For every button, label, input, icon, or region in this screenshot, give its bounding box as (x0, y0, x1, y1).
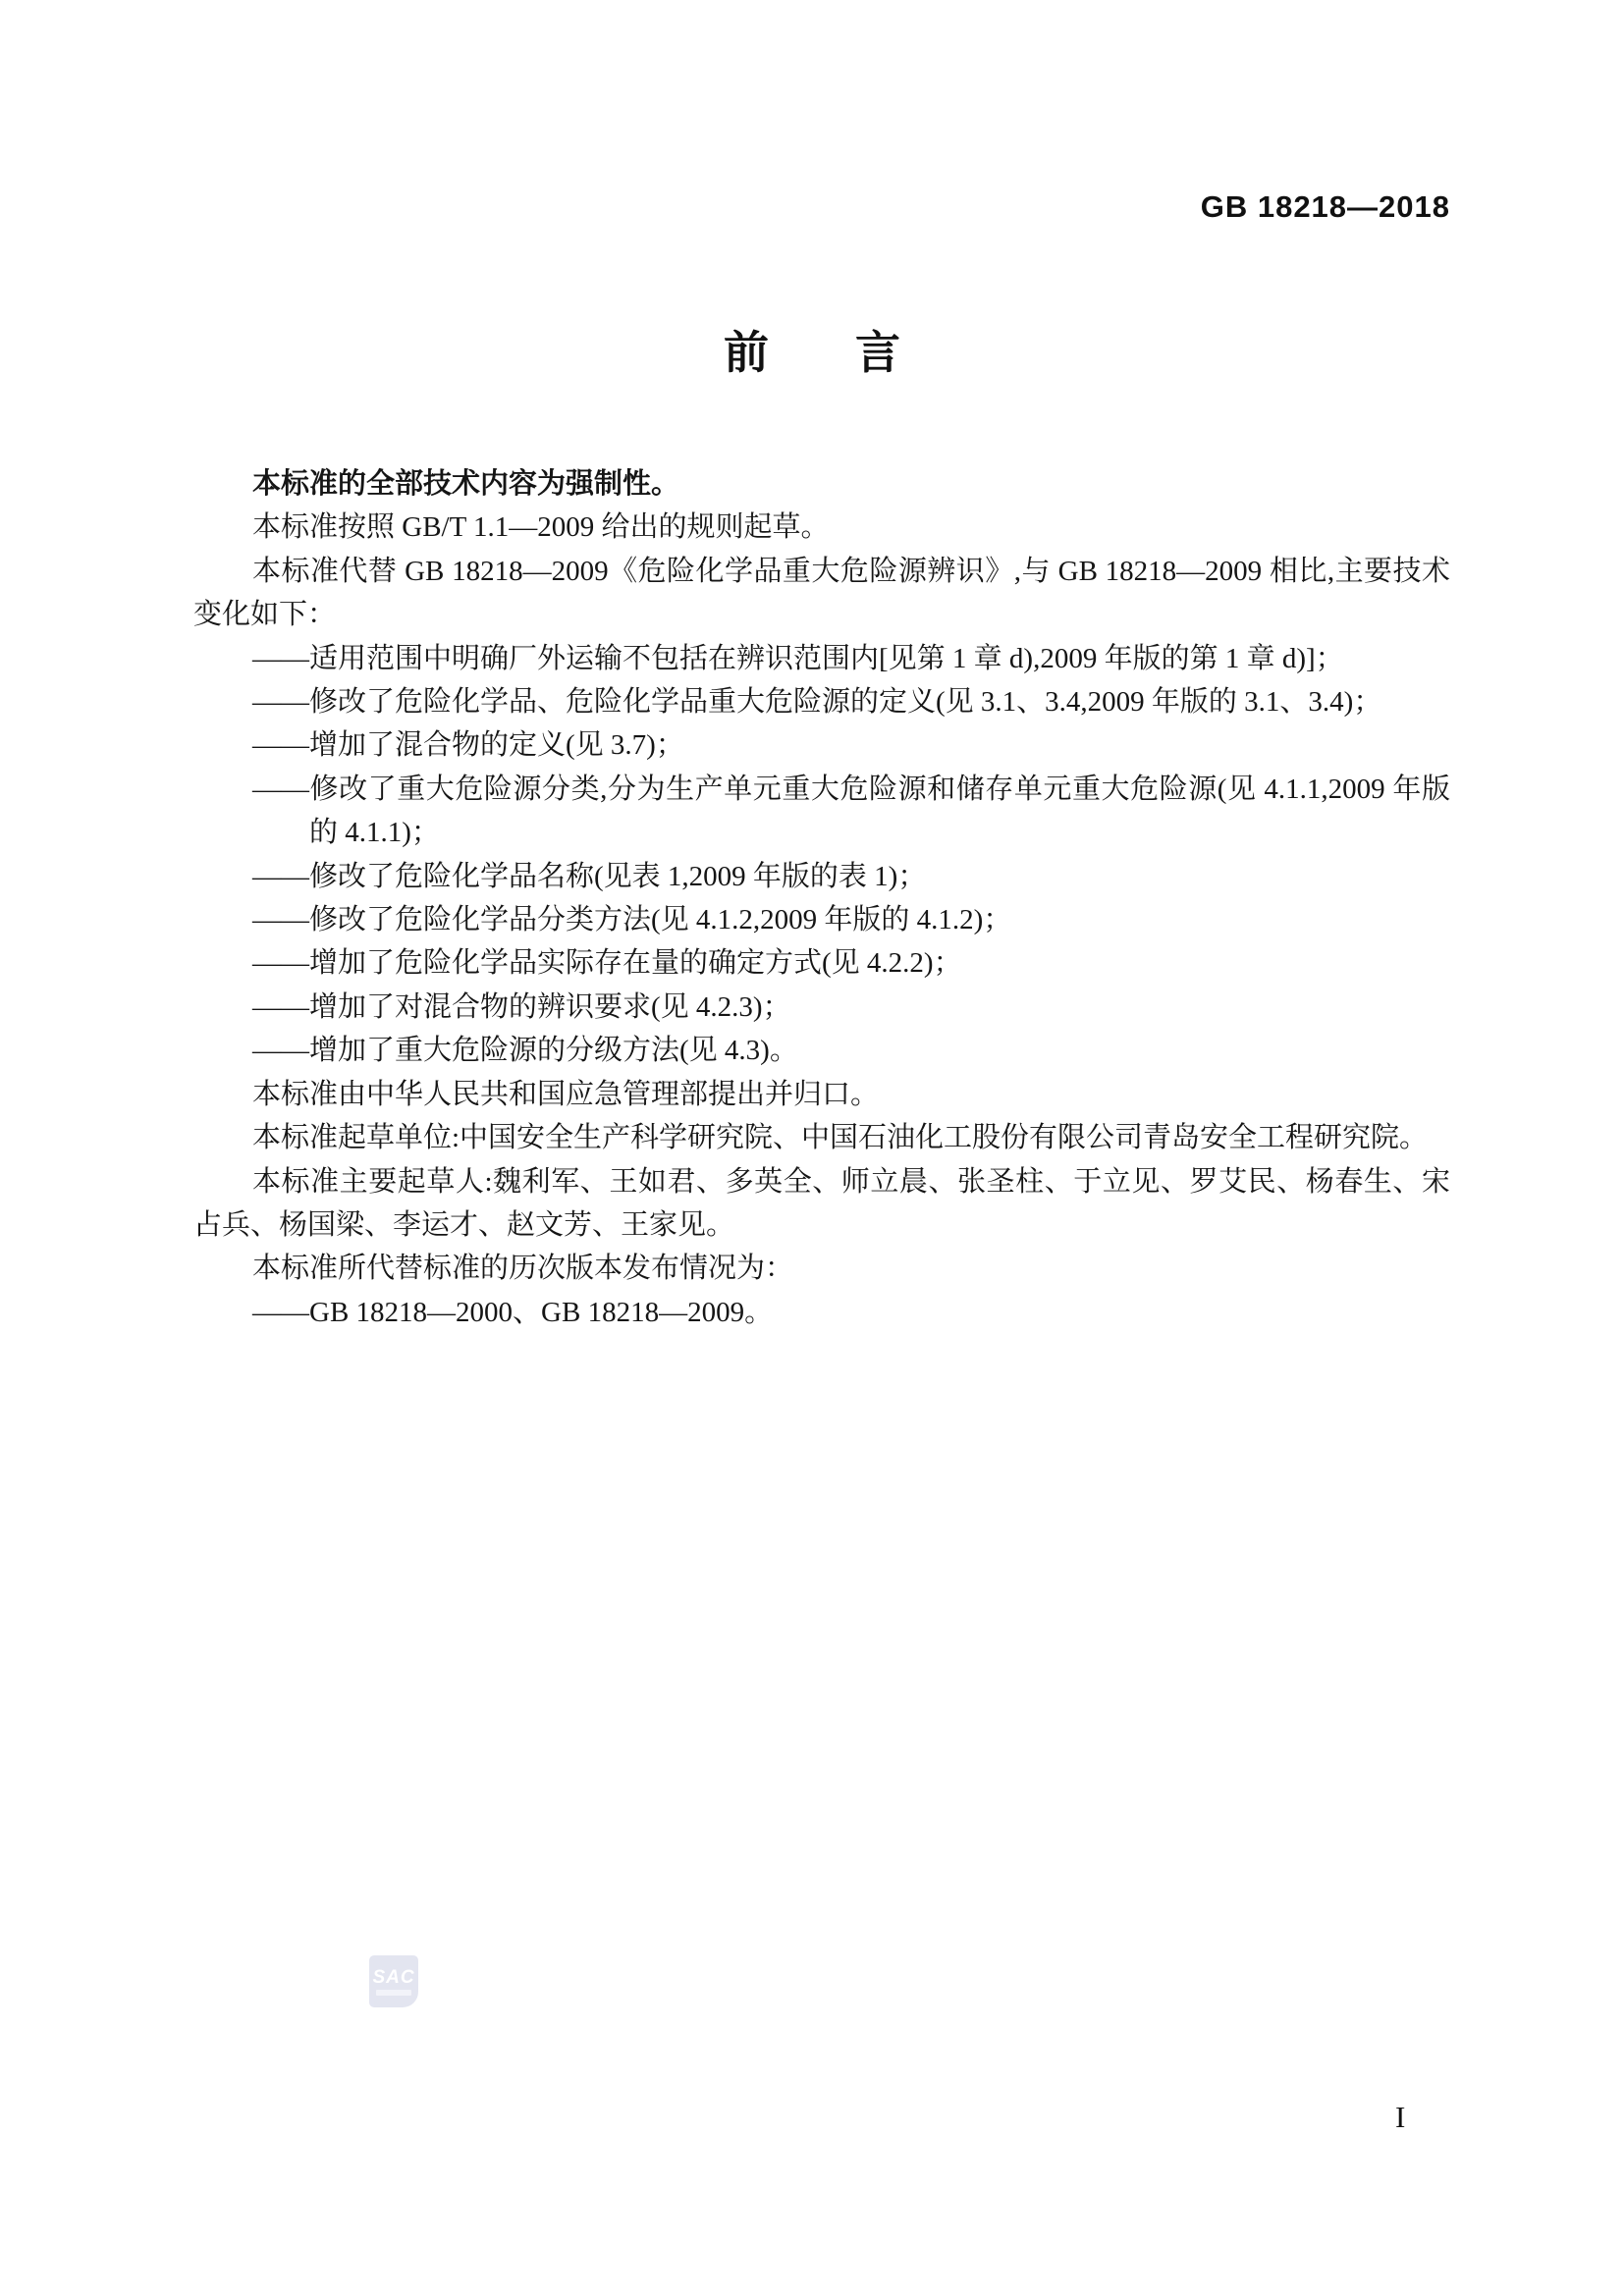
dash-prefix: —— (252, 686, 309, 718)
history-list: ——GB 18218—2000、GB 18218—2009。 (193, 1291, 1450, 1334)
change-item-text: 修改了重大危险源分类,分为生产单元重大危险源和储存单元重大危险源(见 4.1.1… (309, 774, 1450, 848)
paragraph-previous-editions-intro: 本标准所代替标准的历次版本发布情况为： (193, 1247, 1450, 1290)
change-item-text: 增加了重大危险源的分级方法(见 4.3)。 (309, 1035, 798, 1066)
paragraph-drafting-rule: 本标准按照 GB/T 1.1—2009 给出的规则起草。 (193, 506, 1450, 549)
history-item-text: GB 18218—2000、GB 18218—2009。 (309, 1297, 773, 1328)
change-item: ——修改了危险化学品名称(见表 1,2009 年版的表 1)； (193, 855, 1450, 898)
sac-logo-text: SAC (372, 1968, 414, 1987)
dash-prefix: —— (252, 861, 309, 892)
change-item-text: 增加了危险化学品实际存在量的确定方式(见 4.2.2)； (309, 947, 962, 979)
change-list: ——适用范围中明确厂外运输不包括在辨识范围内[见第 1 章 d),2009 年版… (193, 637, 1450, 1073)
sac-logo-underline (376, 1990, 411, 1996)
history-item: ——GB 18218—2000、GB 18218—2009。 (193, 1291, 1450, 1334)
sac-watermark-logo: SAC (369, 1955, 418, 2007)
standard-number-header: GB 18218—2018 (1201, 189, 1450, 225)
title-char-left: 前 (724, 328, 769, 378)
change-item: ——修改了重大危险源分类,分为生产单元重大危险源和储存单元重大危险源(见 4.1… (193, 768, 1450, 855)
change-item: ——修改了危险化学品分类方法(见 4.1.2,2009 年版的 4.1.2)； (193, 898, 1450, 941)
change-item: ——增加了重大危险源的分级方法(见 4.3)。 (193, 1029, 1450, 1072)
title-char-right: 言 (855, 328, 900, 378)
dash-prefix: —— (252, 643, 309, 674)
change-item-text: 修改了危险化学品、危险化学品重大危险源的定义(见 3.1、3.4,2009 年版… (309, 686, 1381, 718)
dash-prefix: —— (252, 904, 309, 935)
change-item-text: 适用范围中明确厂外运输不包括在辨识范围内[见第 1 章 d),2009 年版的第… (309, 643, 1344, 674)
dash-prefix: —— (252, 947, 309, 979)
paragraph-replacement-intro: 本标准代替 GB 18218—2009《危险化学品重大危险源辨识》,与 GB 1… (193, 550, 1450, 637)
change-item-text: 增加了混合物的定义(见 3.7)； (309, 729, 684, 761)
change-item-text: 增加了对混合物的辨识要求(见 4.2.3)； (309, 991, 791, 1023)
dash-prefix: —— (252, 991, 309, 1023)
paragraph-issuing-body: 本标准由中华人民共和国应急管理部提出并归口。 (193, 1073, 1450, 1116)
change-item-text: 修改了危险化学品名称(见表 1,2009 年版的表 1)； (309, 861, 926, 892)
paragraph-drafting-organizations: 本标准起草单位:中国安全生产科学研究院、中国石油化工股份有限公司青岛安全工程研究… (193, 1116, 1450, 1159)
page-title: 前 言 (0, 328, 1624, 378)
dash-prefix: —— (252, 729, 309, 761)
change-item: ——增加了对混合物的辨识要求(见 4.2.3)； (193, 986, 1450, 1029)
foreword-body: 本标准的全部技术内容为强制性。 本标准按照 GB/T 1.1—2009 给出的规… (193, 462, 1450, 1334)
change-item: ——增加了混合物的定义(见 3.7)； (193, 723, 1450, 767)
document-page: GB 18218—2018 前 言 本标准的全部技术内容为强制性。 本标准按照 … (0, 0, 1624, 2296)
change-item-text: 修改了危险化学品分类方法(见 4.1.2,2009 年版的 4.1.2)； (309, 904, 1011, 935)
dash-prefix: —— (252, 1035, 309, 1066)
change-item: ——修改了危险化学品、危险化学品重大危险源的定义(见 3.1、3.4,2009 … (193, 680, 1450, 723)
paragraph-drafters: 本标准主要起草人:魏利军、王如君、多英全、师立晨、张圣柱、于立见、罗艾民、杨春生… (193, 1160, 1450, 1248)
dash-prefix: —— (252, 774, 309, 805)
change-item: ——增加了危险化学品实际存在量的确定方式(见 4.2.2)； (193, 941, 1450, 985)
paragraph-mandatory-note: 本标准的全部技术内容为强制性。 (193, 462, 1450, 506)
page-number: I (1395, 2100, 1405, 2135)
change-item: ——适用范围中明确厂外运输不包括在辨识范围内[见第 1 章 d),2009 年版… (193, 637, 1450, 680)
dash-prefix: —— (252, 1297, 309, 1328)
